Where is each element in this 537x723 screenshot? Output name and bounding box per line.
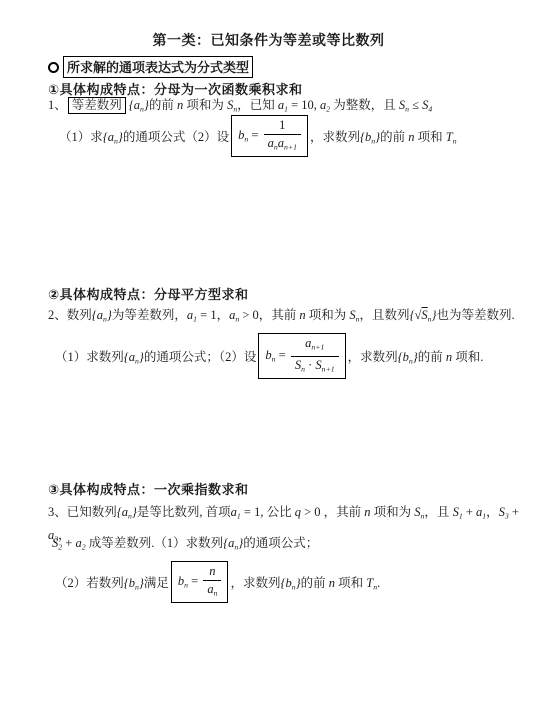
formula-3-lhs: bn = [178,574,201,590]
text-segment: 1、 [48,98,67,112]
fraction-1-numerator: 1 [264,118,301,135]
formula-1-lhs: bn = [238,128,261,144]
text-segment: 等差数列 [68,97,126,114]
fraction-3: n an [203,564,221,601]
text-segment: {√ [410,308,422,322]
text-segment: {b [280,576,291,590]
question-2-tail: ，求数列{bn}的前 n 项和. [348,347,484,366]
problem-2-text: 2、数列{an}为等差数列，a1 = 1，an > 0，其前 n 项和为 Sn，… [48,306,520,329]
text-segment: {b [360,130,371,144]
text-segment: （1）求数列 [55,350,124,364]
text-segment: 的前 [301,576,329,590]
text-segment: 2、数列 [48,308,92,322]
text-segment: > 0 ，其前 [301,505,364,519]
formula-box-2: bn = an+1 Sn · Sn+1 [258,333,345,379]
text-segment: 成等差数列.（1）求数列 [86,536,224,550]
text-segment: ，求数列 [230,576,280,590]
formula-box-1: bn = 1 anan+1 [231,115,308,158]
question-2-lead: （1）求数列{an}的通项公式；（2）设 [55,347,256,366]
text-segment: {a [124,350,135,364]
text-segment: 为整数，且 [330,98,399,112]
text-segment: 的前 [380,130,408,144]
section-2-heading: ②具体构成特点：分母平方型求和 [48,284,249,303]
text-segment: {b [124,576,135,590]
document-page: 第一类：已知条件为等差或等比数列 所求解的通项表达式为分式类型 ①具体构成特点：… [0,0,537,723]
text-segment: n+1 [322,364,335,373]
text-segment: 项和 [335,576,366,590]
text-segment: {b [398,350,409,364]
text-segment: + [509,505,519,519]
text-segment: ，且 [424,505,452,519]
bullet-circle-icon [48,62,59,73]
question-3-tail: ，求数列{bn}的前 n 项和 Tn. [230,573,380,592]
text-segment: n+1 [284,142,297,151]
text-segment: 项和为 [306,308,350,322]
text-segment: . [377,576,380,590]
category-label: 所求解的通项表达式为分式类型 [63,56,253,78]
text-segment: ， [486,505,499,519]
question-1-lead: （1）求{an}的通项公式（2）设 [59,127,229,146]
text-segment: {a [103,130,114,144]
text-segment: ≤ [409,98,422,112]
text-segment: = 10, [288,98,320,112]
text-segment: · [305,358,315,372]
text-segment: n [214,588,218,597]
formula-2-lhs: bn = [265,348,288,364]
problem-1-question-row: （1）求{an}的通项公式（2）设 bn = 1 anan+1 ，求数列{bn}… [59,115,457,157]
text-segment: 4 [428,105,432,114]
problem-2-question-row: （1）求数列{an}的通项公式；（2）设 bn = an+1 Sn · Sn+1… [55,335,483,377]
text-segment: （2）若数列 [55,576,124,590]
problem-3-text-line2: S2 + a2 成等差数列.（1）求数列{an}的通项公式； [52,534,524,557]
text-segment: 3、已知数列 [48,505,117,519]
question-3-lead: （2）若数列{bn}满足 [55,573,169,592]
text-segment: {a [129,98,140,112]
text-segment: n [209,564,215,578]
text-segment: 是等比数列, 首项 [137,505,231,519]
page-title: 第一类：已知条件为等差或等比数列 [0,30,537,50]
fraction-3-numerator: n [203,564,221,581]
text-segment: 满足 [144,576,169,590]
text-segment: {a [223,536,234,550]
text-segment: + [463,505,476,519]
text-segment: n [453,136,457,145]
fraction-2: an+1 Sn · Sn+1 [291,336,339,376]
text-segment: 1 [279,118,285,132]
text-segment: {a [92,308,103,322]
text-segment: 项和 [414,130,445,144]
text-segment: 项和为 [183,98,227,112]
text-segment: （1）求 [59,130,103,144]
text-segment: n+1 [311,343,324,352]
formula-box-3: bn = n an [171,561,229,604]
text-segment: T [446,130,453,144]
text-segment: = [248,128,261,142]
problem-3-question-row: （2）若数列{bn}满足 bn = n an ，求数列{bn}的前 n 项和 T… [55,561,380,603]
text-segment: = [276,348,289,362]
text-segment: 的通项公式（2）设 [123,130,229,144]
section-3-heading: ③具体构成特点：一次乘指数求和 [48,479,249,498]
text-segment: 也为等差数列. [437,308,515,322]
text-segment: 的通项公式； [243,536,318,550]
fraction-1-denominator: anan+1 [264,135,301,155]
text-segment: {a [117,505,128,519]
fraction-1: 1 anan+1 [264,118,301,155]
text-segment: > 0，其前 [239,308,299,322]
text-segment: + [62,536,75,550]
text-segment: 的前 [418,350,446,364]
question-1-tail: ，求数列{bn}的前 n 项和 Tn [310,127,457,146]
text-segment: 项和为 [371,505,415,519]
text-segment: 项和. [452,350,483,364]
text-segment: ，已知 [237,98,278,112]
category-row: 所求解的通项表达式为分式类型 [48,56,253,78]
text-segment: = [188,574,201,588]
text-segment: ，求数列 [310,130,360,144]
fraction-3-denominator: an [203,581,221,601]
fraction-2-numerator: an+1 [291,336,339,357]
text-segment: 的前 [149,98,177,112]
text-segment: = 1， [197,308,229,322]
text-segment: 为等差数列， [112,308,187,322]
text-segment: ，且数列 [360,308,410,322]
text-segment: 的通项公式；（2）设 [144,350,257,364]
text-segment: = 1, 公比 [241,505,295,519]
fraction-2-denominator: Sn · Sn+1 [291,357,339,377]
text-segment: ，求数列 [348,350,398,364]
